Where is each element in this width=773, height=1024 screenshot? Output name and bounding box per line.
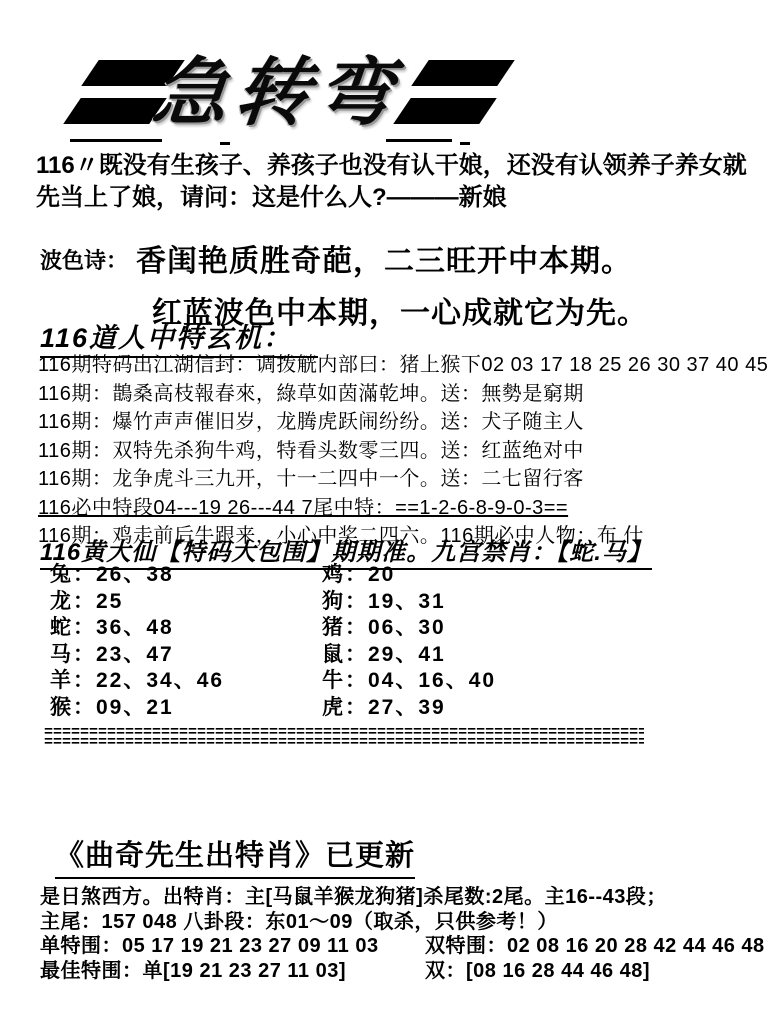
title-underline-right-tick bbox=[460, 142, 470, 145]
equals-divider: ========================================… bbox=[44, 728, 644, 748]
table-row: 马：23、47 鼠：29、41 bbox=[50, 642, 670, 669]
zodiac-rooster: 鸡：20 bbox=[322, 562, 395, 589]
zodiac-ox: 牛：04、16、40 bbox=[322, 668, 496, 695]
double-tewei-values: 双特围：02 08 16 20 28 42 44 46 48 bbox=[425, 934, 765, 959]
bar-shape bbox=[393, 98, 497, 124]
tip-line-envelope: 116期特码出江湖信封：调拨觥内部曰：猪上猴下02 03 17 18 25 26… bbox=[38, 351, 750, 380]
tip-line-verse-1: 116期：鵲桑高枝報春來，綠草如茵滿乾坤。送：無勢是窮期 bbox=[38, 380, 750, 409]
footer-line-shaxifang: 是日煞西方。出特肖：主[马鼠羊猴龙狗猪]杀尾数:2尾。主16--43段； bbox=[40, 885, 750, 910]
update-announcement-heading: 《曲奇先生出特肖》已更新 bbox=[55, 833, 415, 879]
tip-line-verse-4: 116期：龙争虎斗三九开，十一二四中一个。送：二七留行客 bbox=[38, 465, 750, 494]
zodiac-rabbit: 兔：26、38 bbox=[50, 562, 322, 589]
table-row: 龙：25 狗：19、31 bbox=[50, 589, 670, 616]
zodiac-rat: 鼠：29、41 bbox=[322, 642, 446, 669]
best-double-values: 双：[08 16 28 44 46 48] bbox=[425, 959, 650, 984]
title-banner: 急转弯 bbox=[60, 42, 520, 142]
table-row: 羊：22、34、46 牛：04、16、40 bbox=[50, 668, 670, 695]
bar-shape bbox=[411, 60, 515, 86]
footer-tips-block: 是日煞西方。出特肖：主[马鼠羊猴龙狗猪]杀尾数:2尾。主16--43段； 主尾：… bbox=[40, 885, 750, 983]
table-row: 兔：26、38 鸡：20 bbox=[50, 562, 670, 589]
zodiac-tiger: 虎：27、39 bbox=[322, 695, 446, 722]
riddle-text: 116〃既没有生孩子、养孩子也没有认干娘，还没有认领养子养女就先当上了娘，请问：… bbox=[36, 150, 748, 214]
zodiac-horse: 马：23、47 bbox=[50, 642, 322, 669]
tip-line-verse-2: 116期：爆竹声声催旧岁，龙腾虎跃闹纷纷。送：犬子随主人 bbox=[38, 408, 750, 437]
footer-line-zhuwei: 主尾：157 048 八卦段：东01～09（取杀，只供参考！） bbox=[40, 910, 750, 935]
table-row: 猴：09、21 虎：27、39 bbox=[50, 695, 670, 722]
zodiac-goat: 羊：22、34、46 bbox=[50, 668, 322, 695]
footer-line-best-tewei: 最佳特围：单[19 21 23 27 11 03] 双：[08 16 28 44… bbox=[40, 959, 750, 984]
page-title: 急转弯 bbox=[146, 34, 407, 140]
title-right-bars-decoration bbox=[398, 58, 508, 130]
zodiac-dog: 狗：19、31 bbox=[322, 589, 446, 616]
zodiac-snake: 蛇：36、48 bbox=[50, 615, 322, 642]
zodiac-monkey: 猴：09、21 bbox=[50, 695, 322, 722]
title-underline-left-tick bbox=[220, 142, 230, 145]
title-underline-right bbox=[386, 139, 452, 142]
xuanji-tip-lines: 116期特码出江湖信封：调拨觥内部曰：猪上猴下02 03 17 18 25 26… bbox=[38, 351, 750, 551]
title-underline-left bbox=[70, 139, 162, 142]
tip-line-verse-3: 116期：双特先杀狗牛鸡，特看头数零三四。送：红蓝绝对中 bbox=[38, 437, 750, 466]
best-single-values: 最佳特围：单[19 21 23 27 11 03] bbox=[40, 960, 346, 982]
bose-poem-line1: 香闺艳质胜奇葩，二三旺开中本期。 bbox=[136, 236, 632, 280]
table-row: 蛇：36、48 猪：06、30 bbox=[50, 615, 670, 642]
zodiac-dragon: 龙：25 bbox=[50, 589, 322, 616]
zodiac-number-table: 兔：26、38 鸡：20 龙：25 狗：19、31 蛇：36、48 猪：06、3… bbox=[50, 562, 670, 721]
tip-line-segment: 116必中特段04---19 26---44 7尾中特：==1-2-6-8-9-… bbox=[38, 494, 750, 523]
bose-poem-label: 波色诗： bbox=[40, 236, 128, 275]
single-tewei-values: 单特围：05 17 19 21 23 27 09 11 03 bbox=[40, 935, 379, 957]
zodiac-pig: 猪：06、30 bbox=[322, 615, 446, 642]
equals-divider-row: ========================================… bbox=[44, 738, 644, 748]
footer-line-tewei: 单特围：05 17 19 21 23 27 09 11 03 双特围：02 08… bbox=[40, 934, 750, 959]
